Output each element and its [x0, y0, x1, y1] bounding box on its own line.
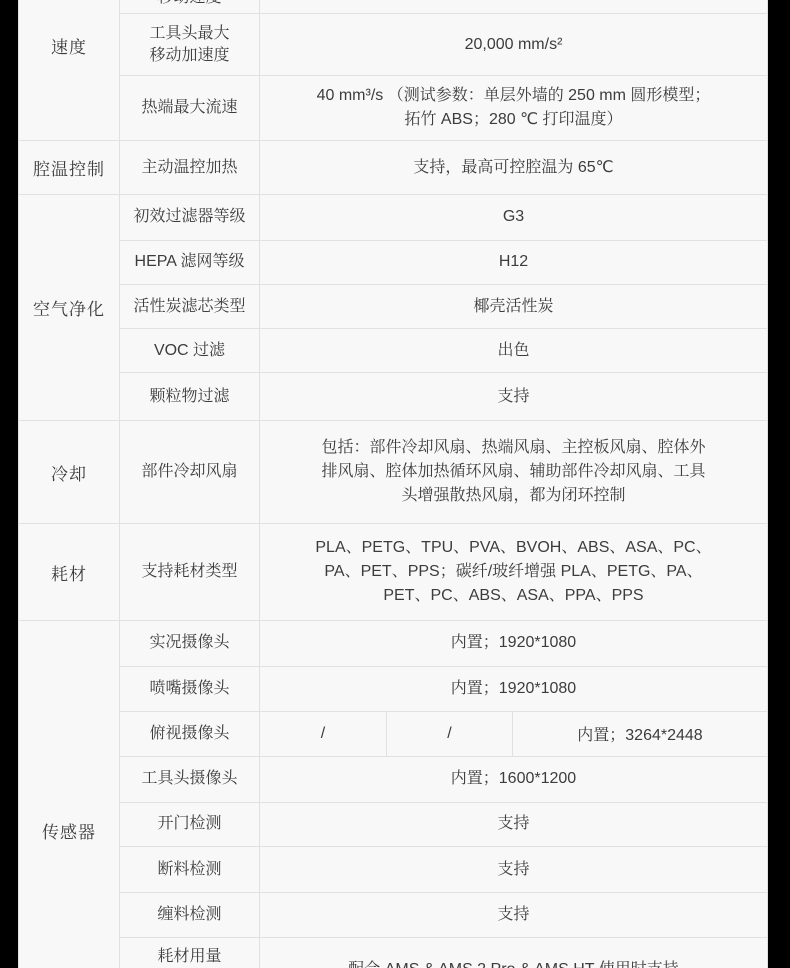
spec-value-cell-variant-2: / [387, 712, 513, 756]
spec-row-toolhead-max-accel: 工具头最大 移动加速度 20,000 mm/s² [120, 13, 767, 75]
section-rows: 实况摄像头 内置；1920*1080 喷嘴摄像头 内置；1920*1080 俯视… [120, 621, 767, 968]
spec-name-cell: 实况摄像头 [120, 621, 260, 666]
spec-name-cell: HEPA 滤网等级 [120, 241, 260, 284]
spec-row-move-speed: 移动速度 [120, 0, 767, 13]
category-label: 冷却 [51, 460, 87, 485]
spec-row-filament-usage: 耗材用量 配合 AMS & AMS 2 Pro & AMS HT 使用时支持 [120, 937, 767, 968]
category-cell-cooling: 冷却 [19, 421, 120, 523]
section-chamber-temp-control: 腔温控制 主动温控加热 支持，最高可控腔温为 65℃ [19, 140, 767, 194]
section-filament: 耗材 支持耗材类型 PLA、PETG、TPU、PVA、BVOH、ABS、ASA、… [19, 523, 767, 620]
spec-name-cell: 支持耗材类型 [120, 524, 260, 620]
spec-name-cell: VOC 过滤 [120, 329, 260, 372]
spec-row-active-chamber-heating: 主动温控加热 支持，最高可控腔温为 65℃ [120, 141, 767, 194]
spec-value-cell: G3 [260, 195, 767, 240]
spec-row-tangle-detection: 缠料检测 支持 [120, 892, 767, 937]
category-cell-air-purification: 空气净化 [19, 195, 120, 420]
spec-value-cell: 支持 [260, 373, 767, 420]
spec-value-cell: 内置；1600*1200 [260, 757, 767, 802]
spec-row-carbon-filter-type: 活性炭滤芯类型 椰壳活性炭 [120, 284, 767, 329]
spec-value-cell-variant-3: 内置；3264*2448 [513, 712, 767, 756]
spec-name-cell: 耗材用量 [120, 938, 260, 968]
spec-name-cell: 主动温控加热 [120, 141, 260, 194]
section-rows: 初效过滤器等级 G3 HEPA 滤网等级 H12 活性炭滤芯类型 椰壳活性炭 V… [120, 195, 767, 420]
category-cell-filament: 耗材 [19, 524, 120, 620]
section-rows: 主动温控加热 支持，最高可控腔温为 65℃ [120, 141, 767, 194]
spec-row-hepa-grade: HEPA 滤网等级 H12 [120, 240, 767, 284]
spec-value-cell: 支持，最高可控腔温为 65℃ [260, 141, 767, 194]
category-cell-sensors: 传感器 [19, 621, 120, 968]
spec-row-particulate-filtration: 颗粒物过滤 支持 [120, 372, 767, 420]
section-speed: 速度 移动速度 工具头最大 移动加速度 20,000 mm/s² 热端最大流速 … [19, 0, 767, 140]
spec-value-cell [260, 0, 767, 13]
page-background: { "colors":{ "page_background":"#000000"… [0, 0, 790, 968]
spec-name-cell: 开门检测 [120, 803, 260, 847]
section-rows: 部件冷却风扇 包括：部件冷却风扇、热端风扇、主控板风扇、腔体外 排风扇、腔体加热… [120, 421, 767, 523]
spec-value-cell: 椰壳活性炭 [260, 285, 767, 329]
section-cooling: 冷却 部件冷却风扇 包括：部件冷却风扇、热端风扇、主控板风扇、腔体外 排风扇、腔… [19, 420, 767, 523]
spec-name-cell: 颗粒物过滤 [120, 373, 260, 420]
spec-name-cell: 工具头摄像头 [120, 757, 260, 802]
category-label: 空气净化 [33, 295, 105, 320]
spec-name-cell: 初效过滤器等级 [120, 195, 260, 240]
category-label: 腔温控制 [33, 155, 105, 180]
spec-name-cell: 缠料检测 [120, 893, 260, 937]
spec-name-cell: 热端最大流速 [120, 76, 260, 140]
spec-row-pre-filter-grade: 初效过滤器等级 G3 [120, 195, 767, 240]
spec-row-door-detection: 开门检测 支持 [120, 802, 767, 847]
category-label: 耗材 [51, 560, 87, 585]
category-label: 传感器 [42, 818, 96, 843]
spec-name-cell: 移动速度 [120, 0, 260, 13]
category-label: 速度 [51, 33, 87, 58]
spec-name-cell: 喷嘴摄像头 [120, 667, 260, 711]
spec-row-part-cooling-fans: 部件冷却风扇 包括：部件冷却风扇、热端风扇、主控板风扇、腔体外 排风扇、腔体加热… [120, 421, 767, 523]
spec-name-cell: 断料检测 [120, 847, 260, 892]
spec-row-birdseye-camera: 俯视摄像头 / / 内置；3264*2448 [120, 711, 767, 756]
spec-value-cell: 内置；1920*1080 [260, 621, 767, 666]
spec-row-supported-filament: 支持耗材类型 PLA、PETG、TPU、PVA、BVOH、ABS、ASA、PC、… [120, 524, 767, 620]
spec-name-cell: 部件冷却风扇 [120, 421, 260, 523]
spec-value-cell: 支持 [260, 803, 767, 847]
spec-row-nozzle-camera: 喷嘴摄像头 内置；1920*1080 [120, 666, 767, 711]
spec-value-cell: PLA、PETG、TPU、PVA、BVOH、ABS、ASA、PC、 PA、PET… [260, 524, 767, 620]
spec-value-cell: 支持 [260, 893, 767, 937]
section-sensors: 传感器 实况摄像头 内置；1920*1080 喷嘴摄像头 内置；1920*108… [19, 620, 767, 968]
category-cell-speed: 速度 [19, 0, 120, 140]
spec-row-filament-runout-detection: 断料检测 支持 [120, 846, 767, 892]
spec-value-cell: 20,000 mm/s² [260, 14, 767, 75]
spec-row-voc-filtration: VOC 过滤 出色 [120, 328, 767, 372]
spec-value-cell: 配合 AMS & AMS 2 Pro & AMS HT 使用时支持 [260, 938, 767, 968]
spec-value-cell: 包括：部件冷却风扇、热端风扇、主控板风扇、腔体外 排风扇、腔体加热循环风扇、辅助… [260, 421, 767, 523]
spec-name-cell: 俯视摄像头 [120, 712, 260, 756]
spec-row-hotend-max-flow: 热端最大流速 40 mm³/s （测试参数：单层外墙的 250 mm 圆形模型；… [120, 75, 767, 140]
spec-table: 速度 移动速度 工具头最大 移动加速度 20,000 mm/s² 热端最大流速 … [18, 0, 768, 968]
section-rows: 支持耗材类型 PLA、PETG、TPU、PVA、BVOH、ABS、ASA、PC、… [120, 524, 767, 620]
spec-value-cell: 支持 [260, 847, 767, 892]
spec-value-cell: H12 [260, 241, 767, 284]
spec-value-cell: 内置；1920*1080 [260, 667, 767, 711]
category-cell-chamber-temp: 腔温控制 [19, 141, 120, 194]
spec-value-cell: 出色 [260, 329, 767, 372]
spec-row-live-camera: 实况摄像头 内置；1920*1080 [120, 621, 767, 666]
spec-name-cell: 活性炭滤芯类型 [120, 285, 260, 329]
section-air-purification: 空气净化 初效过滤器等级 G3 HEPA 滤网等级 H12 活性炭滤芯类型 椰壳… [19, 194, 767, 420]
spec-value-cell: 40 mm³/s （测试参数：单层外墙的 250 mm 圆形模型； 拓竹 ABS… [260, 76, 767, 140]
spec-row-toolhead-camera: 工具头摄像头 内置；1600*1200 [120, 756, 767, 802]
spec-name-cell: 工具头最大 移动加速度 [120, 14, 260, 75]
section-rows: 移动速度 工具头最大 移动加速度 20,000 mm/s² 热端最大流速 40 … [120, 0, 767, 140]
spec-value-cell-variant-1: / [260, 712, 387, 756]
